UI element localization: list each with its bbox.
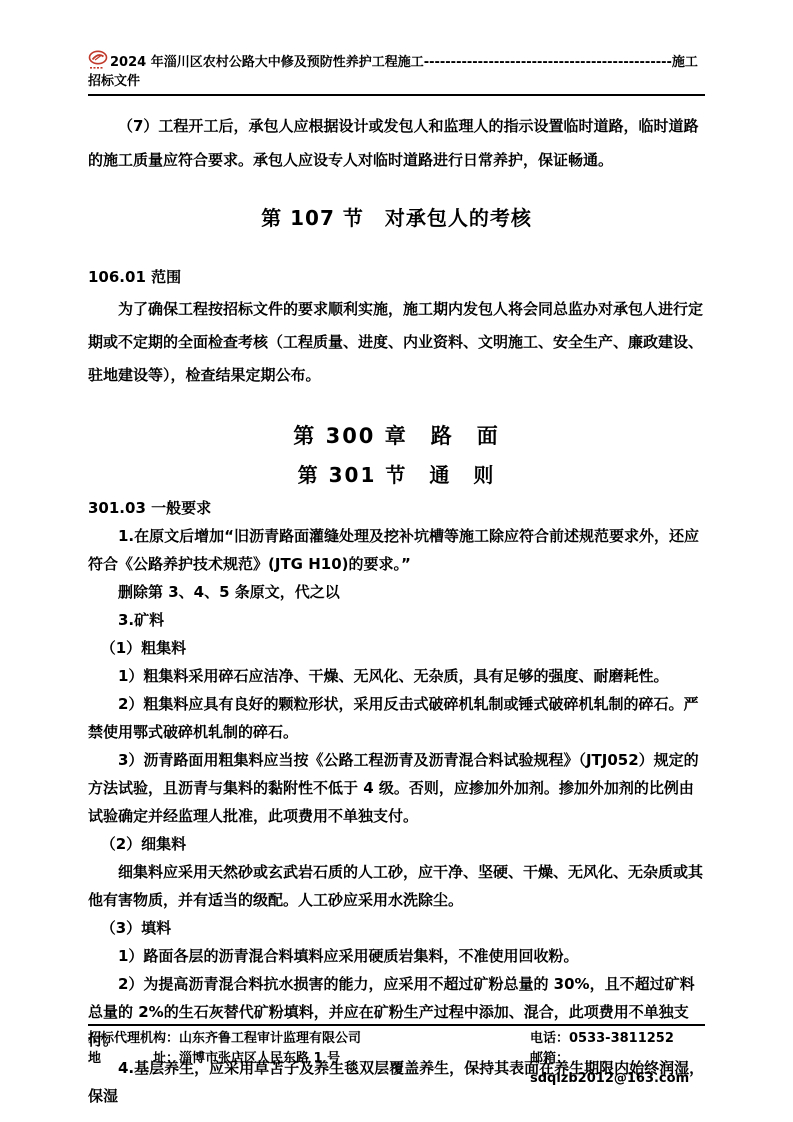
footer-email-line: 邮箱：sdqlzb2012@163.com — [530, 1049, 705, 1089]
paragraph-fine-aggregate: 细集料应采用天然砂或玄武岩石质的人工砂，应干净、坚硬、干燥、无风化、无杂质或其他… — [88, 858, 705, 914]
paragraph-coarse-2: 2）粗集料应具有良好的颗粒形状，采用反击式破碎机轧制或锤式破碎机轧制的碎石。严禁… — [88, 690, 705, 746]
company-seal-logo — [88, 50, 108, 72]
paragraph-filler-1: 1）路面各层的沥青混合料填料应采用硬质岩集料，不准使用回收粉。 — [88, 942, 705, 970]
section-107-heading: 第 107 节 对承包人的考核 — [88, 202, 705, 231]
paragraph-inspection: 为了确保工程按招标文件的要求顺利实施，施工期内发包人将会同总监办对承包人进行定期… — [88, 293, 705, 392]
subitem-filler: （3）填料 — [88, 914, 705, 942]
subitem-fine-aggregate: （2）细集料 — [88, 830, 705, 858]
footer-agency-block: 招标代理机构：山东齐鲁工程审计监理有限公司 地 址：淄博市张店区人民东路 1 号 — [88, 1029, 530, 1089]
document-page: 2024 年淄川区农村公路大中修及预防性养护工程施工--------------… — [0, 0, 793, 1122]
paragraph-delete-clauses: 删除第 3、4、5 条原文，代之以 — [88, 578, 705, 606]
paragraph-temporary-road: （7）工程开工后，承包人应根据设计或发包人和监理人的指示设置临时道路，临时道路的… — [88, 109, 705, 177]
footer-agency-line: 招标代理机构：山东齐鲁工程审计监理有限公司 — [88, 1029, 530, 1049]
section-301-heading: 第 301 节 通 则 — [88, 459, 705, 488]
footer-address-line: 地 址：淄博市张店区人民东路 1 号 — [88, 1049, 530, 1069]
clause-number-301-03: 301.03 一般要求 — [88, 497, 705, 518]
paragraph-mineral-material: 3.矿料 — [88, 606, 705, 634]
footer-phone-line: 电话：0533-3811252 — [530, 1029, 705, 1049]
header-title-text: 2024 年淄川区农村公路大中修及预防性养护工程施工--------------… — [88, 55, 698, 89]
paragraph-coarse-3: 3）沥青路面用粗集料应当按《公路工程沥青及沥青混合料试验规程》（JTJ052）规… — [88, 746, 705, 830]
paragraph-add-original: 1.在原文后增加“旧沥青路面灌缝处理及挖补坑槽等施工除应符合前述规范要求外，还应… — [88, 522, 705, 578]
footer-contact-block: 电话：0533-3811252 邮箱：sdqlzb2012@163.com — [530, 1029, 705, 1089]
clause-number-106-01: 106.01 范围 — [88, 266, 705, 287]
page-footer: 招标代理机构：山东齐鲁工程审计监理有限公司 地 址：淄博市张店区人民东路 1 号… — [88, 1024, 705, 1089]
chapter-300-heading: 第 300 章 路 面 — [88, 420, 705, 450]
header-title: 2024 年淄川区农村公路大中修及预防性养护工程施工--------------… — [88, 50, 705, 91]
subitem-coarse-aggregate: （1）粗集料 — [88, 634, 705, 662]
page-header: 2024 年淄川区农村公路大中修及预防性养护工程施工--------------… — [88, 0, 705, 96]
paragraph-coarse-1: 1）粗集料采用碎石应洁净、干燥、无风化、无杂质，具有足够的强度、耐磨耗性。 — [88, 662, 705, 690]
